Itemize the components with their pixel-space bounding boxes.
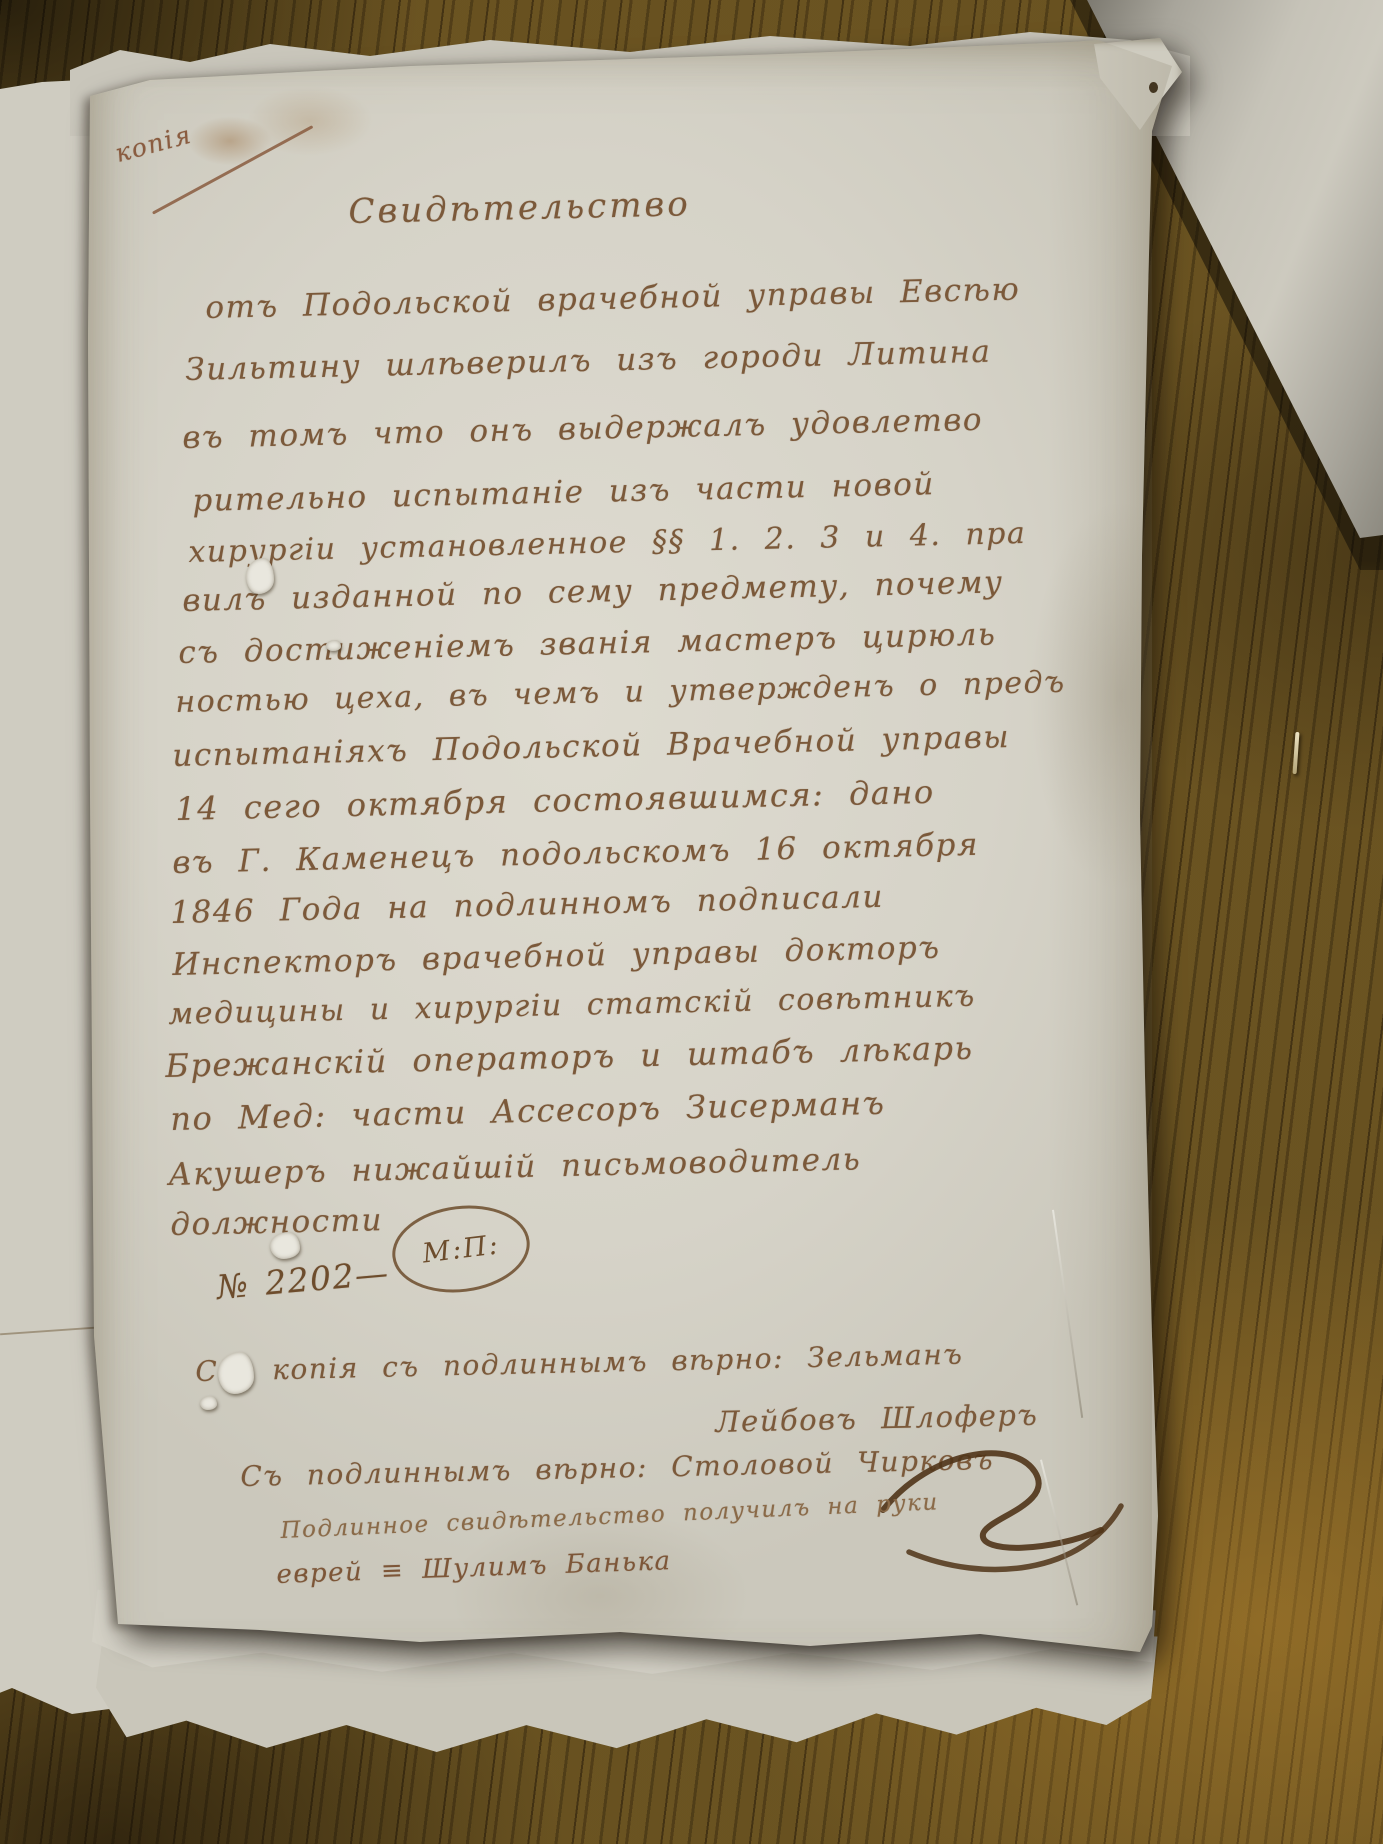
corner-fold-hole	[1149, 82, 1158, 93]
seal-mark: М:П:	[421, 1229, 502, 1269]
punch-hole	[326, 640, 341, 651]
punch-hole	[218, 1352, 254, 1394]
document-title: Свидѣтельство	[348, 184, 691, 232]
punch-hole	[270, 1232, 300, 1259]
punch-hole	[246, 558, 274, 594]
punch-hole	[200, 1396, 217, 1410]
photo-scene: Зи Елісѣ исливъ и Ек го шлубъ сешь смеле…	[0, 0, 1383, 1844]
